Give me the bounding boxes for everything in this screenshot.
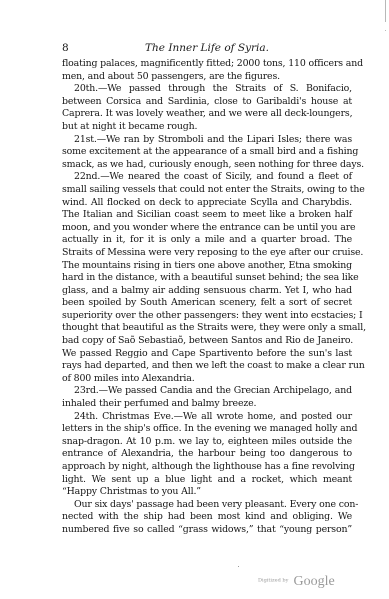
text-line: approach by night, although the lighthou… [62,461,352,474]
text-line: The Italian and Sicilian coast seem to m… [62,209,352,222]
page-edge-line [385,0,386,22]
text-line: small sailing vessels that could not ent… [62,184,352,197]
text-line: smack, as we had, curiously enough, seen… [62,159,352,172]
text-line: actually in it, for it is only a mile an… [62,234,352,247]
text-line: entrance of Alexandria, the harbour bein… [62,448,352,461]
text-line: of 800 miles into Alexandria. [62,373,352,386]
text-line: light. We sent up a blue light and a roc… [62,474,352,487]
digitized-by-label: Digitized by [258,578,288,584]
text-line: Our six days' passage had been very plea… [62,499,352,512]
text-line: 21st.—We ran by Stromboli and the Lipari… [62,134,352,147]
scan-speck [238,566,239,567]
text-line: The mountains rising in tiers one above … [62,260,352,273]
google-logo-text: Google [294,574,335,589]
text-line: some excitement at the appearance of a s… [62,146,352,159]
text-line: floating palaces, magnificently fitted; … [62,58,352,71]
text-line: moon, and you wonder where the entrance … [62,222,352,235]
body-text: floating palaces, magnificently fitted; … [62,58,352,537]
text-line: men, and about 50 passengers, are the fi… [62,71,352,84]
text-line: but at night it became rough. [62,121,352,134]
text-line: 24th. Christmas Eve.—We all wrote home, … [62,411,352,424]
text-line: hard in the distance, with a beautiful s… [62,272,352,285]
text-line: rays had departed, and then we left the … [62,360,352,373]
text-line: 22nd.—We neared the coast of Sicily, and… [62,171,352,184]
text-line: We passed Reggio and Cape Spartivento be… [62,348,352,361]
text-line: “Happy Christmas to you All.” [62,486,352,499]
text-line: numbered five so called “grass widows,” … [62,524,352,537]
text-line: letters in the ship's office. In the eve… [62,423,352,436]
text-line: 20th.—We passed through the Straits of S… [62,83,352,96]
text-line: Straits of Messina were very reposing to… [62,247,352,260]
text-line: 23rd.—We passed Candia and the Grecian A… [62,385,352,398]
scan-speck [385,30,386,31]
text-line: bad copy of Saõ Sebastiaõ, between Santo… [62,335,352,348]
text-line: thought that beautiful as the Straits we… [62,322,352,335]
text-line: superiority over the other passengers: t… [62,310,352,323]
text-line: glass, and a balmy air adding sensuous c… [62,285,352,298]
text-line: snap-dragon. At 10 p.m. we lay to, eight… [62,436,352,449]
text-line: between Corsica and Sardinia, close to G… [62,96,352,109]
text-line: wind. All flocked on deck to appreciate … [62,197,352,210]
text-line: nected with the ship had been most kind … [62,511,352,524]
text-line: Caprera. It was lovely weather, and we w… [62,108,352,121]
text-line: inhaled their perfumed and balmy breeze. [62,398,352,411]
running-title: The Inner Life of Syria. [62,42,352,54]
running-head: 8 The Inner Life of Syria. [62,42,352,56]
google-watermark: Digitized by Google [258,570,335,590]
text-line: been spoiled by South American scenery, … [62,297,352,310]
